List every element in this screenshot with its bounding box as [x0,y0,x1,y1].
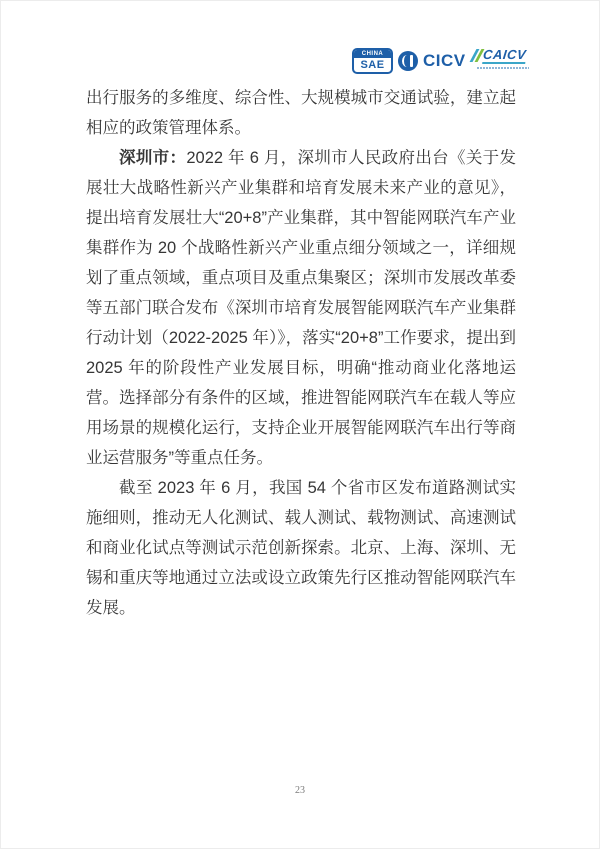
cicv-logo-icon [398,51,418,71]
document-body: 出行服务的多维度、综合性、大规模城市交通试验，建立起相应的政策管理体系。深圳市：… [86,83,516,623]
sae-logo-china-text: CHINA [354,50,391,58]
paragraph-lead-bold: 深圳市： [119,149,186,167]
paragraph: 截至 2023 年 6 月，我国 54 个省市区发布道路测试实施细则，推动无人化… [86,473,516,623]
sae-logo-sae-text: SAE [354,58,391,72]
caicv-logo-text: CAICV [482,48,527,64]
caicv-logo: CAICV [473,48,526,74]
paragraph-text: 2022 年 6 月，深圳市人民政府出台《关于发展壮大战略性新兴产业集群和培育发… [86,149,516,467]
cicv-logo-text: CICV [423,51,466,71]
paragraph-text: 截至 2023 年 6 月，我国 54 个省市区发布道路测试实施细则，推动无人化… [86,479,516,617]
header-logos: CHINA SAE CICV CAICV [352,46,526,76]
page-number: 23 [1,785,599,796]
paragraph: 出行服务的多维度、综合性、大规模城市交通试验，建立起相应的政策管理体系。 [86,83,516,143]
document-page: CHINA SAE CICV CAICV 出行服务的多维度、综合性、大规模城市交… [0,0,600,849]
paragraph-text: 出行服务的多维度、综合性、大规模城市交通试验，建立起相应的政策管理体系。 [86,89,516,137]
caicv-tagline-line [477,67,529,69]
china-sae-logo: CHINA SAE [352,48,393,74]
paragraph: 深圳市：2022 年 6 月，深圳市人民政府出台《关于发展壮大战略性新兴产业集群… [86,143,516,473]
